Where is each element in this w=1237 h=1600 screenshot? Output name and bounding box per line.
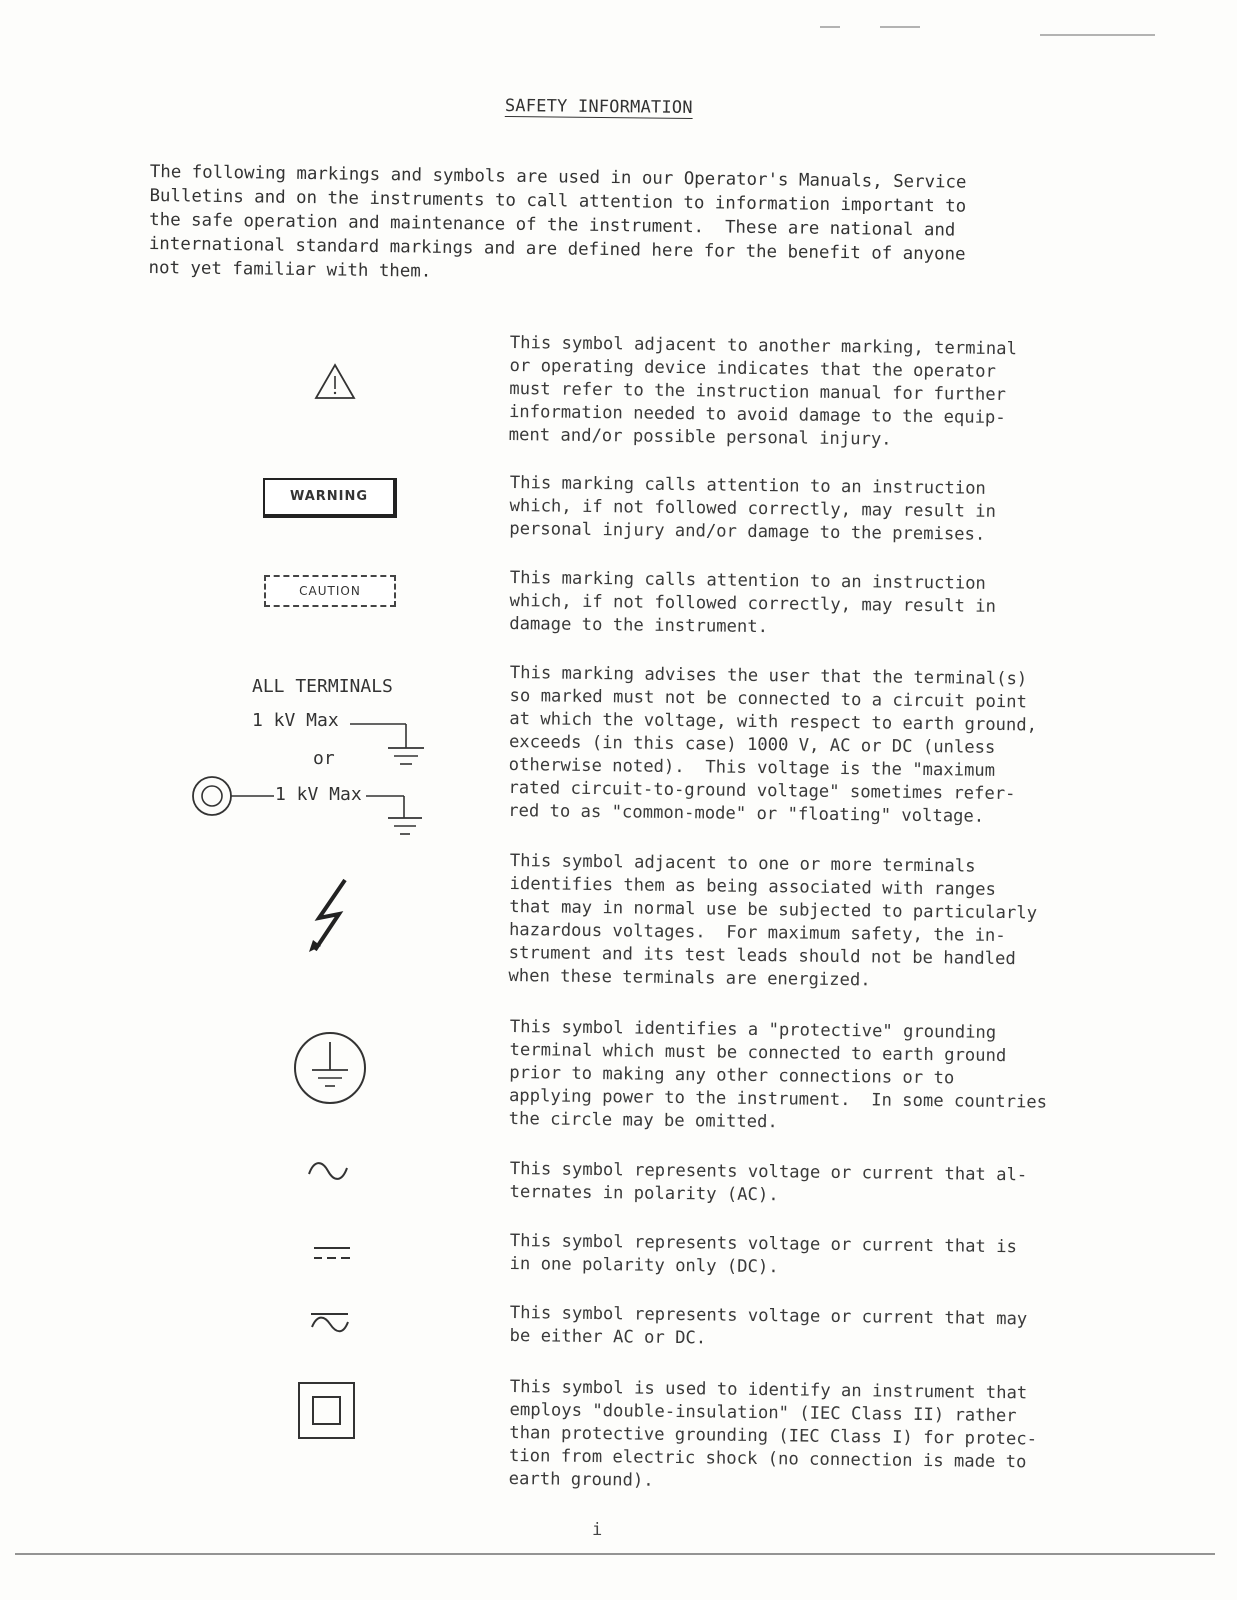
symbol-description: This marking calls attention to an instr…: [509, 567, 1130, 644]
scan-artifact: [820, 26, 840, 28]
ground-lead-icon: [366, 792, 430, 848]
symbol-description: This symbol represents voltage or curren…: [509, 1230, 1130, 1284]
symbol-description: This symbol represents voltage or curren…: [509, 1158, 1130, 1212]
intro-paragraph: The following markings and symbols are u…: [148, 160, 1099, 292]
double-insulation-icon: [296, 1380, 358, 1442]
page-title: SAFETY INFORMATION: [505, 96, 693, 118]
symbol-description: This symbol adjacent to one or more term…: [508, 850, 1130, 996]
symbol-description: This marking advises the user that the t…: [508, 662, 1130, 831]
symbol-description: This symbol identifies a "protective" gr…: [509, 1016, 1130, 1139]
warning-box-marking: WARNING: [263, 478, 397, 518]
terminal-or-label: or: [313, 748, 335, 769]
terminal-jack-icon: [190, 776, 280, 816]
page-bottom-edge: [15, 1553, 1215, 1555]
terminal-heading: ALL TERMINALS: [252, 676, 393, 697]
page-number: i: [592, 1520, 602, 1540]
symbol-description: This symbol represents voltage or curren…: [509, 1302, 1130, 1356]
caution-box-marking: CAUTION: [264, 575, 396, 607]
ac-dc-icon: [308, 1310, 352, 1336]
symbol-description: This marking calls attention to an instr…: [509, 472, 1130, 549]
terminal-max-voltage: 1 kV Max: [275, 784, 362, 805]
protective-ground-icon: [292, 1030, 368, 1106]
symbol-description: This symbol is used to identify an instr…: [509, 1376, 1130, 1499]
dc-icon: [312, 1244, 352, 1266]
symbol-description: This symbol adjacent to another marking,…: [509, 332, 1130, 455]
terminal-max-voltage: 1 kV Max: [252, 710, 339, 731]
caution-triangle-icon: [313, 362, 357, 402]
scan-artifact: [880, 26, 920, 28]
scan-artifact: [1040, 34, 1155, 36]
ac-icon: [306, 1158, 350, 1184]
high-voltage-lightning-icon: [305, 876, 357, 956]
ground-lead-icon: [350, 720, 430, 780]
